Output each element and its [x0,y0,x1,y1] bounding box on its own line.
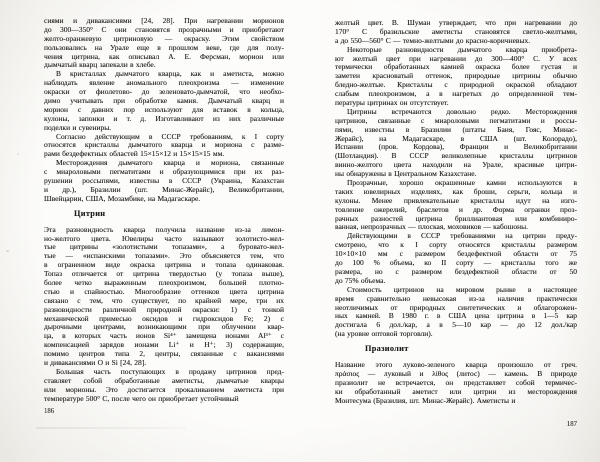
text-line: кулоны, запонки и т. д. Изготавливают из… [44,115,284,124]
text-line: время сравнительно невысокая из-за налич… [335,295,577,304]
text-line: ца, в которых часть ионов Si⁴⁺ замещена … [44,332,284,341]
text-line: наблюдать явление аномального плеохроизм… [44,79,284,88]
text-line: тые — «испанскими топазами». Это объясня… [44,252,284,261]
paragraph: Эта разновидность кварца получила назван… [44,226,284,368]
text-line: Месторождения дымчатого кварца и мориона… [44,159,284,168]
text-line: празиолит не встречается, он представляе… [335,379,577,388]
text-line: смотрено, что к I сорту относятся криста… [335,241,577,250]
text-line: в ограненном виде окраска цитрина и топа… [44,261,284,270]
text-line: чения цитрина, как описывал А. Е. Ферсма… [44,53,284,62]
paragraph: Название этого луково-зеленого кварца пр… [335,361,577,405]
text-line: кулоны. Менее привлекательные кристаллы … [335,197,577,206]
text-line: (на уровне оптовой торговли). [335,330,577,339]
text-line: связано с тем, что существует, по крайне… [44,297,284,306]
text-line: рачных разностей цитрина бриллиантовая и… [335,215,577,224]
text-line: 170° С бразильские аметисты становятся с… [335,28,577,37]
text-line: дырочными центрами, возникающими при обл… [44,323,284,332]
text-line: до 300—350° С они становятся прозрачными… [44,26,284,35]
text-line: Топаз отличается от цитрина твердостью (… [44,270,284,279]
paragraph: Цитрины встречаются довольно редко. Мест… [335,108,577,179]
paragraph: Некоторые разновидности дымчатого кварца… [335,46,577,108]
text-line: Большая часть поступающих в продажу цитр… [44,368,284,377]
text-line: Жерайс), на Мадагаскаре, в США (шт. Коло… [335,135,577,144]
section-heading: Празиолит [365,345,577,354]
text-line: Стоимость цитринов на мировом рынке в на… [335,286,577,295]
text-line: Прозрачные, хорошо окрашенные камни испо… [335,179,577,188]
text-line: стью и спайностью. Многообразие оттенков… [44,288,284,297]
text-line: Монтесума (Бразилия, шт. Минас-Жерайс). … [335,397,577,406]
paragraph: Месторождения дымчатого кварца и мориона… [44,159,284,203]
text-line: и дивакансиями О и Si [24, 28]. [44,359,284,368]
paragraph: В кристаллах дымчатого кварца, как и аме… [44,70,284,132]
text-line: размера, но с размером бездефектной обла… [335,268,577,277]
text-line: до 75% объема. [335,277,577,286]
text-line: Швейцарии, США, Мозамбике, на Мадагаскар… [44,195,284,204]
text-line: ванная, непрозрачных — плоская, моховико… [335,223,577,232]
paragraph: Стоимость цитринов на мировом рынке в на… [335,286,577,339]
text-line: димо учитывать при обработке камня. Дымч… [44,97,284,106]
text-line: сиями и дивакансиями [24, 28]. При нагре… [44,17,284,26]
text-line: морион с давних пор используют для встав… [44,106,284,115]
text-line: неотличимых от природных синтетических и… [335,304,577,313]
text-line: достигала 6 дол./кар, а в 5—10 кар — до … [335,321,577,330]
text-line: желто-оранжевую цитриновую — окраску. Эт… [44,35,284,44]
paragraph: Большая часть поступающих в продажу цитр… [44,368,284,404]
text-line: В кристаллах дымчатого кварца, как и аме… [44,70,284,79]
text-line: Испании (пров. Кордова), Франции и Велик… [335,143,577,152]
text-line: ны обнаружены в Центральном Казахстане. [335,170,577,179]
text-line: температуре 500° С, после чего он приобр… [44,395,284,404]
text-line: (Шотландия). В СССР великолепные кристал… [335,152,577,161]
text-line: компенсацией зарядов ионами Li⁺ и H⁺; 3)… [44,341,284,350]
text-line: Эта разновидность кварца получила назван… [44,226,284,235]
text-line: с миароловыми пегматитами и образующимис… [44,168,284,177]
text-line: 10×10×10 мм с размером бездефектной обла… [335,250,577,259]
text-line: механической примесью оксидов и гидрокси… [44,315,284,324]
text-line: ных камней. В 1980 г. в США цена цитрина… [335,312,577,321]
scan-speck [6,250,9,252]
text-line: пературы цитринах он отсутствует. [335,99,577,108]
text-line: относятся кристаллы дымчатого кварца и м… [44,141,284,150]
text-line: таких ювелирных изделиях, как броши, сер… [335,188,577,197]
scan-smudge [36,427,186,429]
text-line: πράσιος — луковый и λίθος (литос) — каме… [335,370,577,379]
text-line: а до 550—560° С — темно-желтыми до красн… [335,37,577,46]
text-line: Некоторые разновидности дымчатого кварца… [335,46,577,55]
text-line: ки обработанный аметист или цитрин из ме… [335,388,577,397]
text-line: термически обработанных камней окраска б… [335,63,577,72]
paragraph: Прозрачные, хорошо окрашенные камни испо… [335,179,577,232]
text-line: окраски от фиолетово- до зеленовато-дымч… [44,88,284,97]
paragraph: желтый цвет. В. Шуман утверждает, что пр… [335,19,577,46]
text-line: до 100 % объема, ко II сорту — кристаллы… [335,259,577,268]
text-line: или морионы. Это достигается прокаливани… [44,386,284,395]
page-186-text-column: сиями и дивакансиями [24, 28]. При нагре… [44,17,284,403]
section-heading: Цитрин [74,210,284,219]
text-line: разновидности различной природной окраск… [44,306,284,315]
text-line: Цитрины встречаются довольно редко. Мест… [335,108,577,117]
text-line: слабым плеохроизмом, а в нагретых до опр… [335,90,577,99]
text-line: ют желтый цвет при нагревании до 300—400… [335,55,577,64]
text-line: Согласно действующим в СССР требованиям,… [44,133,284,142]
text-line: Действующими в СССР требованиями на цитр… [335,232,577,241]
text-line: более четко выраженным плеохроизмом, бол… [44,279,284,288]
text-line: и др.), Бразилии (шт. Минас-Жерайс), Вел… [44,186,284,195]
text-line: тые цитрины «золотистыми топазами», а бу… [44,243,284,252]
paragraph: Согласно действующим в СССР требованиям,… [44,133,284,160]
text-line: заметен красноватый оттенок, природные ц… [335,72,577,81]
text-line: но-желтого цвета. Ювелиры часто называют… [44,235,284,244]
text-line: Название этого луково-зеленого кварца пр… [335,361,577,370]
paragraph: Действующими в СССР требованиями на цитр… [335,232,577,285]
text-line: желтый цвет. В. Шуман утверждает, что пр… [335,19,577,28]
text-line: винно-желтого цвета находили на Урале, к… [335,161,577,170]
text-line: бледно-желтые. Кристаллы с природной окр… [335,81,577,90]
page-number-right: 187 [335,421,577,428]
text-line: пользовались на Урале еще в прошлом веке… [44,44,284,53]
text-line: товление ожерелий, браслетов и др. Форма… [335,206,577,215]
text-line: рушении россыпями, известны в СССР (Укра… [44,177,284,186]
page-number-left: 186 [44,408,54,415]
scan-speck [17,153,19,155]
paragraph: сиями и дивакансиями [24, 28]. При нагре… [44,17,284,70]
text-line: пями, известны в Бразилии (штаты Баия, Г… [335,126,577,135]
text-line: ставляет собой обработанные аметисты, ды… [44,377,284,386]
text-line: поделки и сувениры. [44,124,284,133]
text-line: помимо центров типа 2, центры, связанные… [44,350,284,359]
text-line: дымчатый кварц запекали в хлебе. [44,61,284,70]
text-line: рами бездефектных областей 15×15×12 и 15… [44,150,284,159]
page-187-text-column: желтый цвет. В. Шуман утверждает, что пр… [335,19,577,405]
text-line: цитринов, связанные с миароловыми пегмат… [335,117,577,126]
book-spread-scan: сиями и дивакансиями [24, 28]. При нагре… [0,0,600,462]
